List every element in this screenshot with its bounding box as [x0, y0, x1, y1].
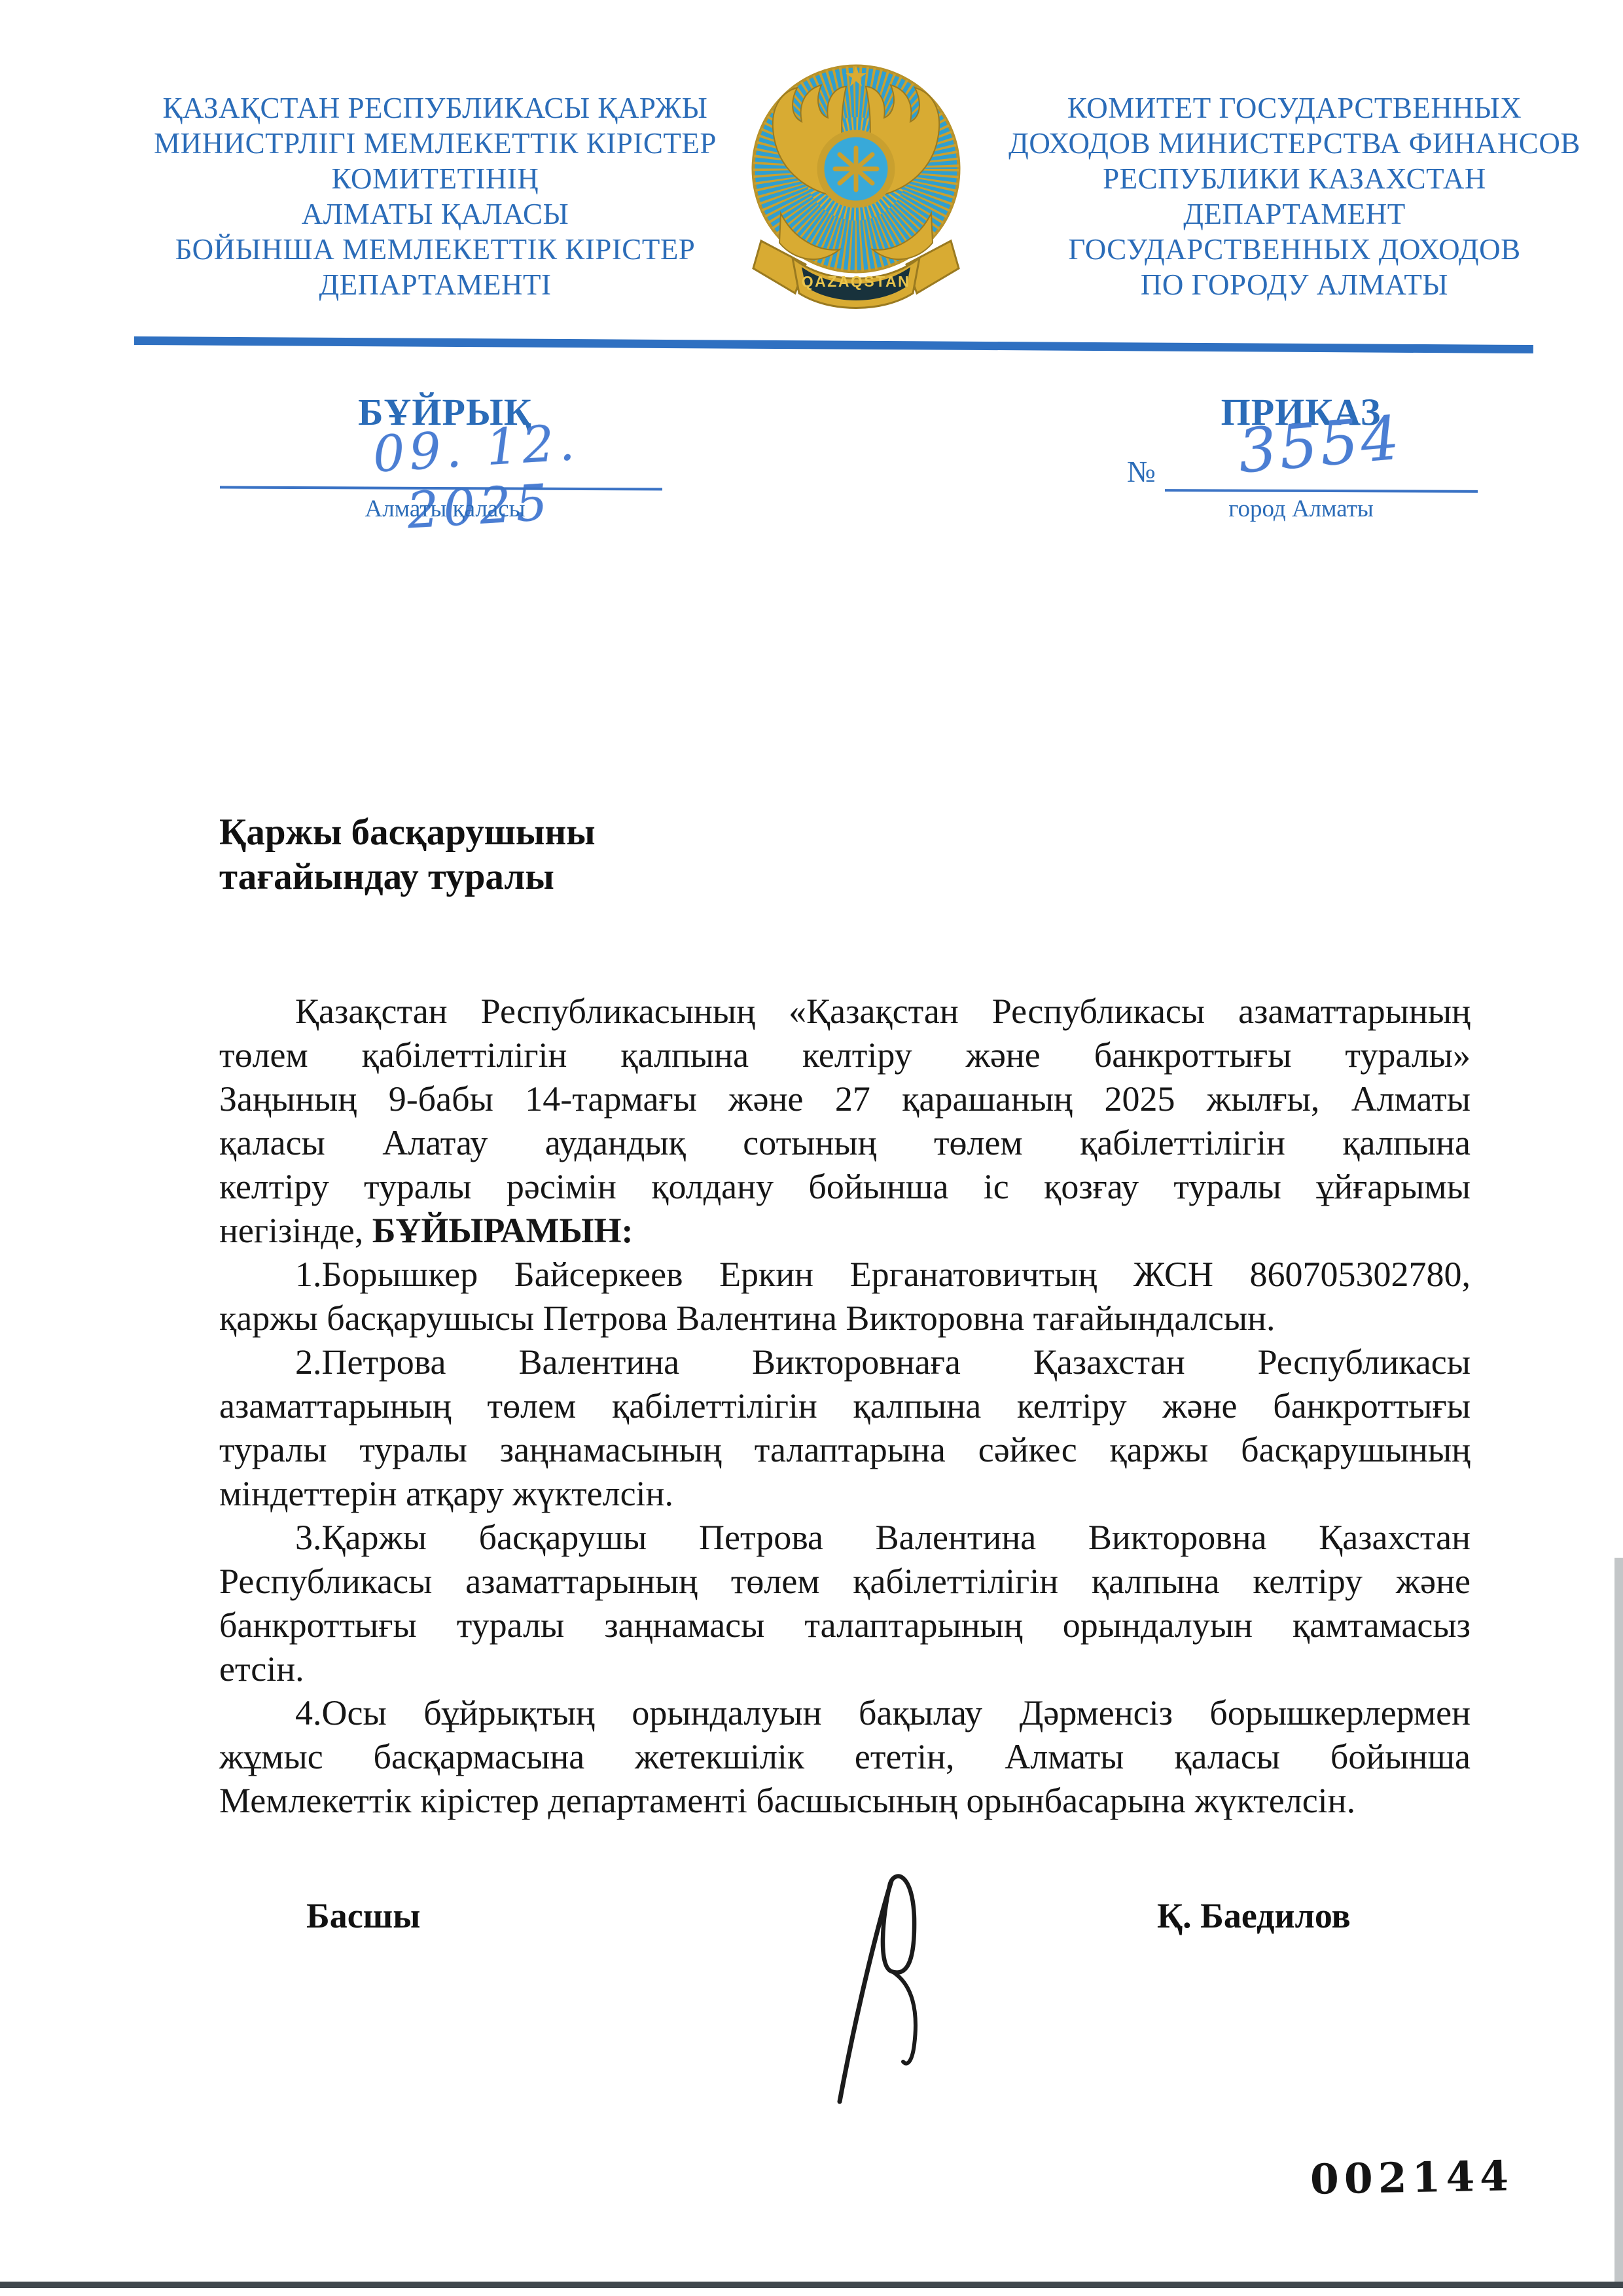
handwritten-signature — [779, 1850, 975, 2131]
body-line: 1.Борышкер Байсеркеев Еркин Ерганатовичт… — [219, 1253, 1471, 1297]
body-line: Қазақстан Республикасының «Қазақстан Рес… — [219, 990, 1471, 1033]
body-line: келтіру туралы рәсімін қолдану бойынша і… — [219, 1165, 1471, 1209]
body-line: негізінде, БҰЙЫРАМЫН: — [219, 1209, 1471, 1253]
org-line: БОЙЫНША МЕМЛЕКЕТТІК КІРІСТЕР — [147, 232, 723, 267]
body-line: туралы туралы заңнамасының талаптарына с… — [219, 1428, 1471, 1472]
body-line: Заңының 9-бабы 14-тармағы және 27 қараша… — [219, 1077, 1471, 1121]
org-line: АЛМАТЫ ҚАЛАСЫ — [147, 196, 723, 232]
handwritten-date: 09. 12. 2025 — [304, 408, 651, 545]
org-line: ДОХОДОВ МИНИСТЕРСТВА ФИНАНСОВ — [1000, 126, 1589, 161]
org-line: КОМИТЕТІНІҢ — [147, 161, 723, 196]
body-line: азаматтарының төлем қабілеттілігін қалпы… — [219, 1384, 1471, 1428]
body-line: 2.Петрова Валентина Викторовнаға Қазахст… — [219, 1340, 1471, 1384]
body-line: 3.Қаржы басқарушы Петрова Валентина Викт… — [219, 1516, 1471, 1560]
body-line: Республикасы азаматтарының төлем қабілет… — [219, 1560, 1471, 1604]
org-line: ҚАЗАҚСТАН РЕСПУБЛИКАСЫ ҚАРЖЫ — [147, 90, 723, 126]
org-line: ДЕПАРТАМЕНТ — [1000, 196, 1589, 232]
body-line: жұмыс басқармасына жетекшілік ететін, Ал… — [219, 1735, 1471, 1779]
org-name-russian: КОМИТЕТ ГОСУДАРСТВЕННЫХ ДОХОДОВ МИНИСТЕР… — [1000, 90, 1589, 302]
place-label-kazakh: Алматы қаласы — [196, 495, 694, 523]
kazakhstan-state-emblem-icon: QAZAQSTAN — [741, 56, 971, 318]
header-divider-rule — [134, 336, 1533, 353]
org-line: КОМИТЕТ ГОСУДАРСТВЕННЫХ — [1000, 90, 1589, 126]
body-line: қаржы басқарушысы Петрова Валентина Викт… — [219, 1297, 1471, 1340]
body-line: Мемлекеттік кірістер департаменті басшыс… — [219, 1779, 1471, 1823]
emblem-banner-text: QAZAQSTAN — [802, 273, 910, 290]
signer-position-label: Басшы — [306, 1895, 420, 1936]
number-underline — [1165, 489, 1478, 493]
order-body: Қазақстан Республикасының «Қазақстан Рес… — [219, 990, 1471, 1823]
scan-bottom-edge — [0, 2282, 1623, 2288]
org-name-kazakh: ҚАЗАҚСТАН РЕСПУБЛИКАСЫ ҚАРЖЫ МИНИСТРЛІГІ… — [147, 90, 723, 302]
body-line-text: негізінде, — [219, 1211, 372, 1250]
place-label-russian: город Алматы — [1052, 495, 1550, 523]
body-line: банкроттығы туралы заңнамасы талаптарыны… — [219, 1604, 1471, 1647]
body-line: міндеттерін атқару жүктелсін. — [219, 1472, 1471, 1516]
body-line: төлем қабілеттілігін қалпына келтіру жән… — [219, 1033, 1471, 1077]
org-line: ГОСУДАРСТВЕННЫХ ДОХОДОВ — [1000, 232, 1589, 267]
org-line: МИНИСТРЛІГІ МЕМЛЕКЕТТІК КІРІСТЕР — [147, 126, 723, 161]
scanned-order-document: ҚАЗАҚСТАН РЕСПУБЛИКАСЫ ҚАРЖЫ МИНИСТРЛІГІ… — [0, 0, 1623, 2296]
body-line: 4.Осы бұйрықтың орындалуын бақылау Дәрме… — [219, 1691, 1471, 1735]
number-sign: № — [1127, 454, 1156, 489]
signer-name: Қ. Баедилов — [1157, 1895, 1351, 1936]
org-line: РЕСПУБЛИКИ КАЗАХСТАН — [1000, 161, 1589, 196]
scan-right-edge — [1614, 1558, 1623, 2282]
body-line: етсін. — [219, 1647, 1471, 1691]
document-title-line1: Қаржы басқарушыны — [219, 810, 1005, 855]
document-title: Қаржы басқарушыны тағайындау туралы — [219, 810, 1005, 899]
form-serial-number: 002144 — [1310, 2151, 1514, 2203]
org-line: ДЕПАРТАМЕНТІ — [147, 267, 723, 302]
order-verb-bold: БҰЙЫРАМЫН: — [372, 1211, 633, 1250]
org-line: ПО ГОРОДУ АЛМАТЫ — [1000, 267, 1589, 302]
body-line: қаласы Алатау аудандық сотының төлем қаб… — [219, 1121, 1471, 1165]
document-title-line2: тағайындау туралы — [219, 855, 1005, 899]
